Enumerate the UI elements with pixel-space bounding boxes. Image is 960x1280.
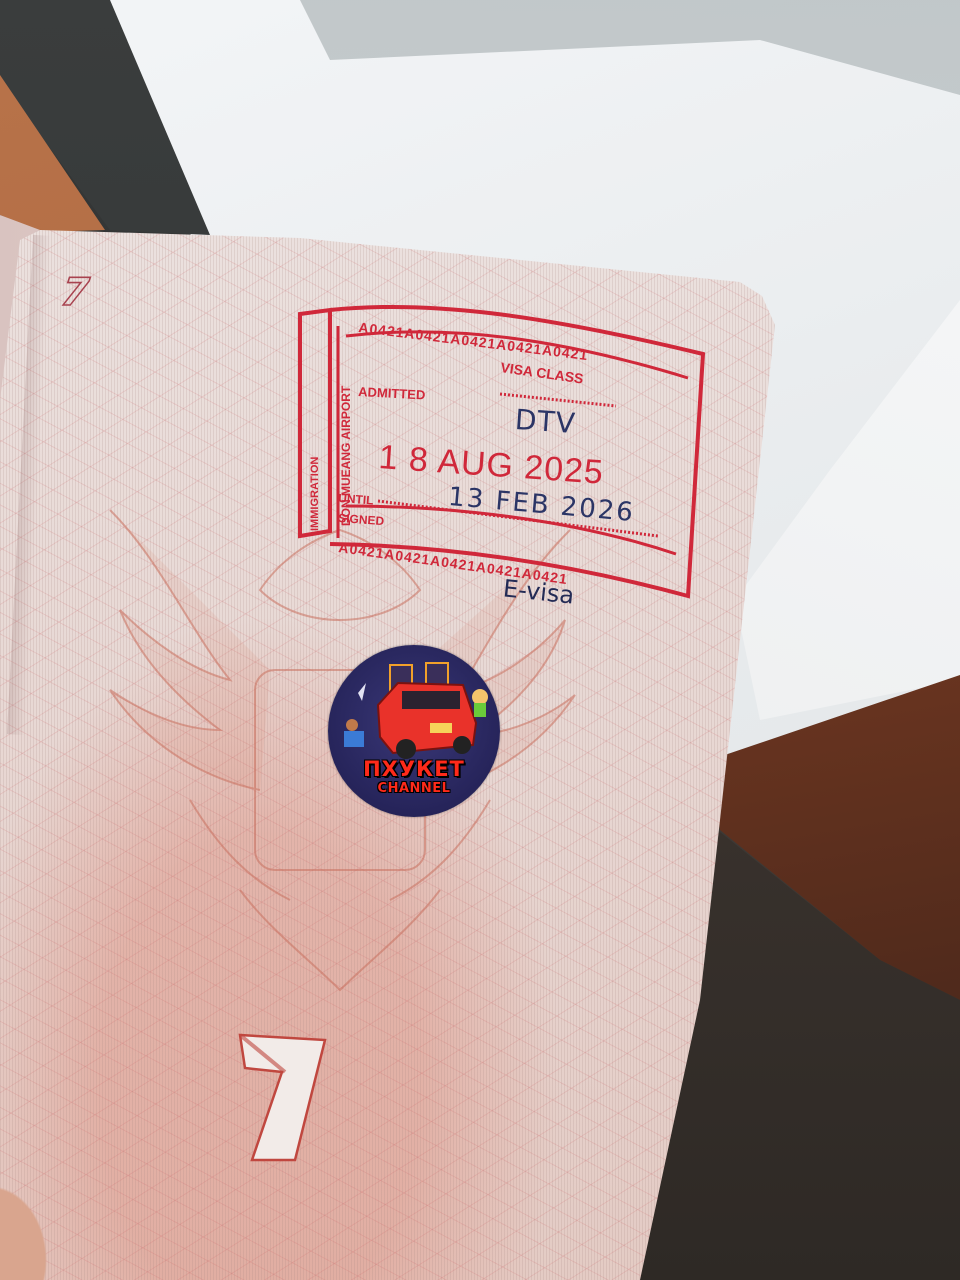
finger-holding-passport: [0, 0, 960, 1280]
